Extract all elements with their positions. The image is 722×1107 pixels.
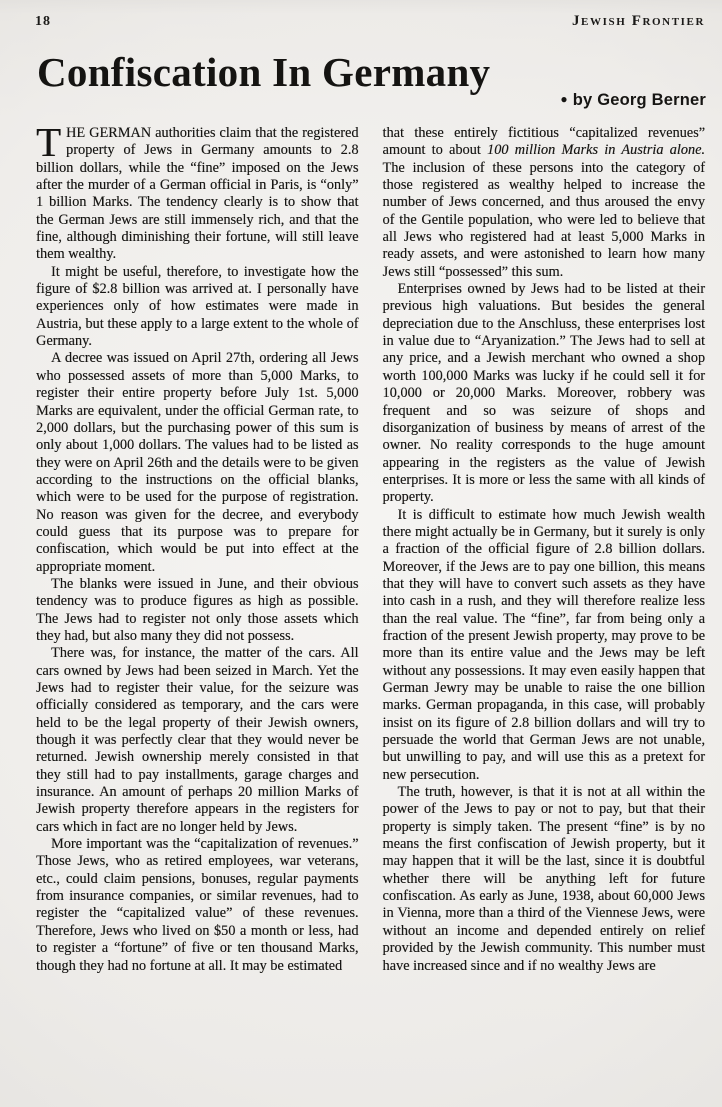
byline-bullet-icon: ● — [560, 92, 567, 106]
paragraph-text: The inclusion of these persons into the … — [383, 160, 706, 280]
paragraph: It is difficult to estimate how much Jew… — [383, 507, 706, 785]
italic-phrase: 100 million Marks in Austria alone. — [487, 142, 705, 158]
paragraph: THE GERMAN authorities claim that the re… — [36, 125, 359, 264]
article-title: Confiscation In Germany — [37, 50, 706, 94]
left-column: THE GERMAN authorities claim that the re… — [36, 125, 359, 975]
page-number: 18 — [35, 14, 51, 30]
paragraph: that these entirely fictitious “capitali… — [383, 125, 706, 281]
dropcap: T — [36, 125, 66, 157]
paragraph: A decree was issued on April 27th, order… — [36, 350, 359, 575]
paragraph: Enterprises owned by Jews had to be list… — [383, 281, 706, 506]
byline-text: by Georg Berner — [573, 91, 706, 109]
journal-name: Jewish Frontier — [572, 13, 705, 30]
paragraph: The truth, however, is that it is not at… — [383, 784, 706, 975]
magazine-page: 18 Jewish Frontier Confiscation In Germa… — [0, 0, 722, 1107]
paragraph: There was, for instance, the matter of t… — [36, 645, 359, 836]
paragraph: More important was the “capitalization o… — [36, 836, 359, 975]
paragraph: The blanks were issued in June, and thei… — [36, 576, 359, 645]
right-column: that these entirely fictitious “capitali… — [383, 125, 706, 975]
page-header: 18 Jewish Frontier — [0, 0, 722, 30]
paragraph-text: HE GERMAN authorities claim that the reg… — [36, 125, 359, 262]
paragraph: It might be useful, therefore, to invest… — [36, 264, 359, 351]
article-body: THE GERMAN authorities claim that the re… — [0, 125, 722, 975]
title-block: Confiscation In Germany ●by Georg Berner — [0, 50, 722, 110]
